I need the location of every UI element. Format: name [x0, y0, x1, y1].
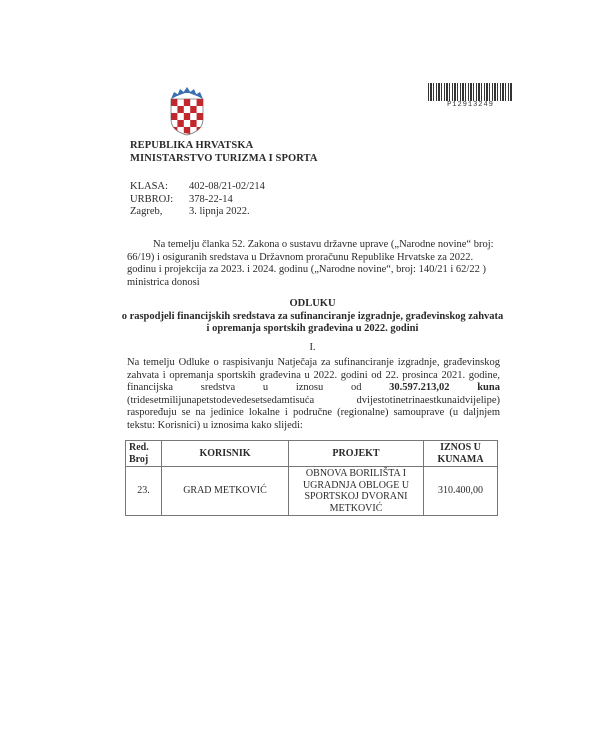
body-paragraph: Na temelju Odluke o raspisivanju Natječa…: [127, 357, 500, 432]
allocation-table: Red. Broj KORISNIK PROJEKT IZNOS U KUNAM…: [125, 440, 498, 516]
table-row: 23. GRAD METKOVIĆ OBNOVA BORILIŠTA I UGR…: [126, 467, 498, 516]
cell-no: 23.: [126, 467, 162, 516]
section-number: I.: [120, 342, 505, 353]
decision-title-sub: o raspodjeli financijskih sredstava za s…: [120, 311, 505, 336]
barcode: P12913249: [428, 83, 513, 109]
decision-title: ODLUKU o raspodjeli financijskih sredsta…: [120, 298, 505, 336]
col-header-beneficiary: KORISNIK: [162, 441, 289, 467]
meta-klasa: KLASA: 402-08/21-02/214: [130, 181, 265, 194]
intro-paragraph: Na temelju članka 52. Zakona o sustavu d…: [127, 239, 502, 289]
meta-urbroj: URBROJ: 378-22-14: [130, 194, 265, 207]
document-meta: KLASA: 402-08/21-02/214 URBROJ: 378-22-1…: [130, 181, 265, 219]
col-header-no: Red. Broj: [126, 441, 162, 467]
cell-amount: 310.400,00: [424, 467, 498, 516]
col-header-amount: IZNOS U KUNAMA: [424, 441, 498, 467]
table-header-row: Red. Broj KORISNIK PROJEKT IZNOS U KUNAM…: [126, 441, 498, 467]
header-republic: REPUBLIKA HRVATSKA: [130, 139, 318, 152]
institution-header: REPUBLIKA HRVATSKA MINISTARSTVO TURIZMA …: [130, 139, 318, 165]
header-ministry: MINISTARSTVO TURIZMA I SPORTA: [130, 152, 318, 165]
barcode-number: P12913249: [428, 101, 513, 109]
col-header-project: PROJEKT: [289, 441, 424, 467]
cell-project: OBNOVA BORILIŠTA I UGRADNJA OBLOGE U SPO…: [289, 467, 424, 516]
croatian-coat-of-arms-icon: [169, 87, 205, 137]
decision-title-main: ODLUKU: [120, 298, 505, 311]
meta-place-date: Zagreb, 3. lipnja 2022.: [130, 206, 265, 219]
cell-beneficiary: GRAD METKOVIĆ: [162, 467, 289, 516]
total-amount: 30.597.213,02 kuna: [389, 382, 500, 393]
barcode-bars: [428, 83, 513, 101]
